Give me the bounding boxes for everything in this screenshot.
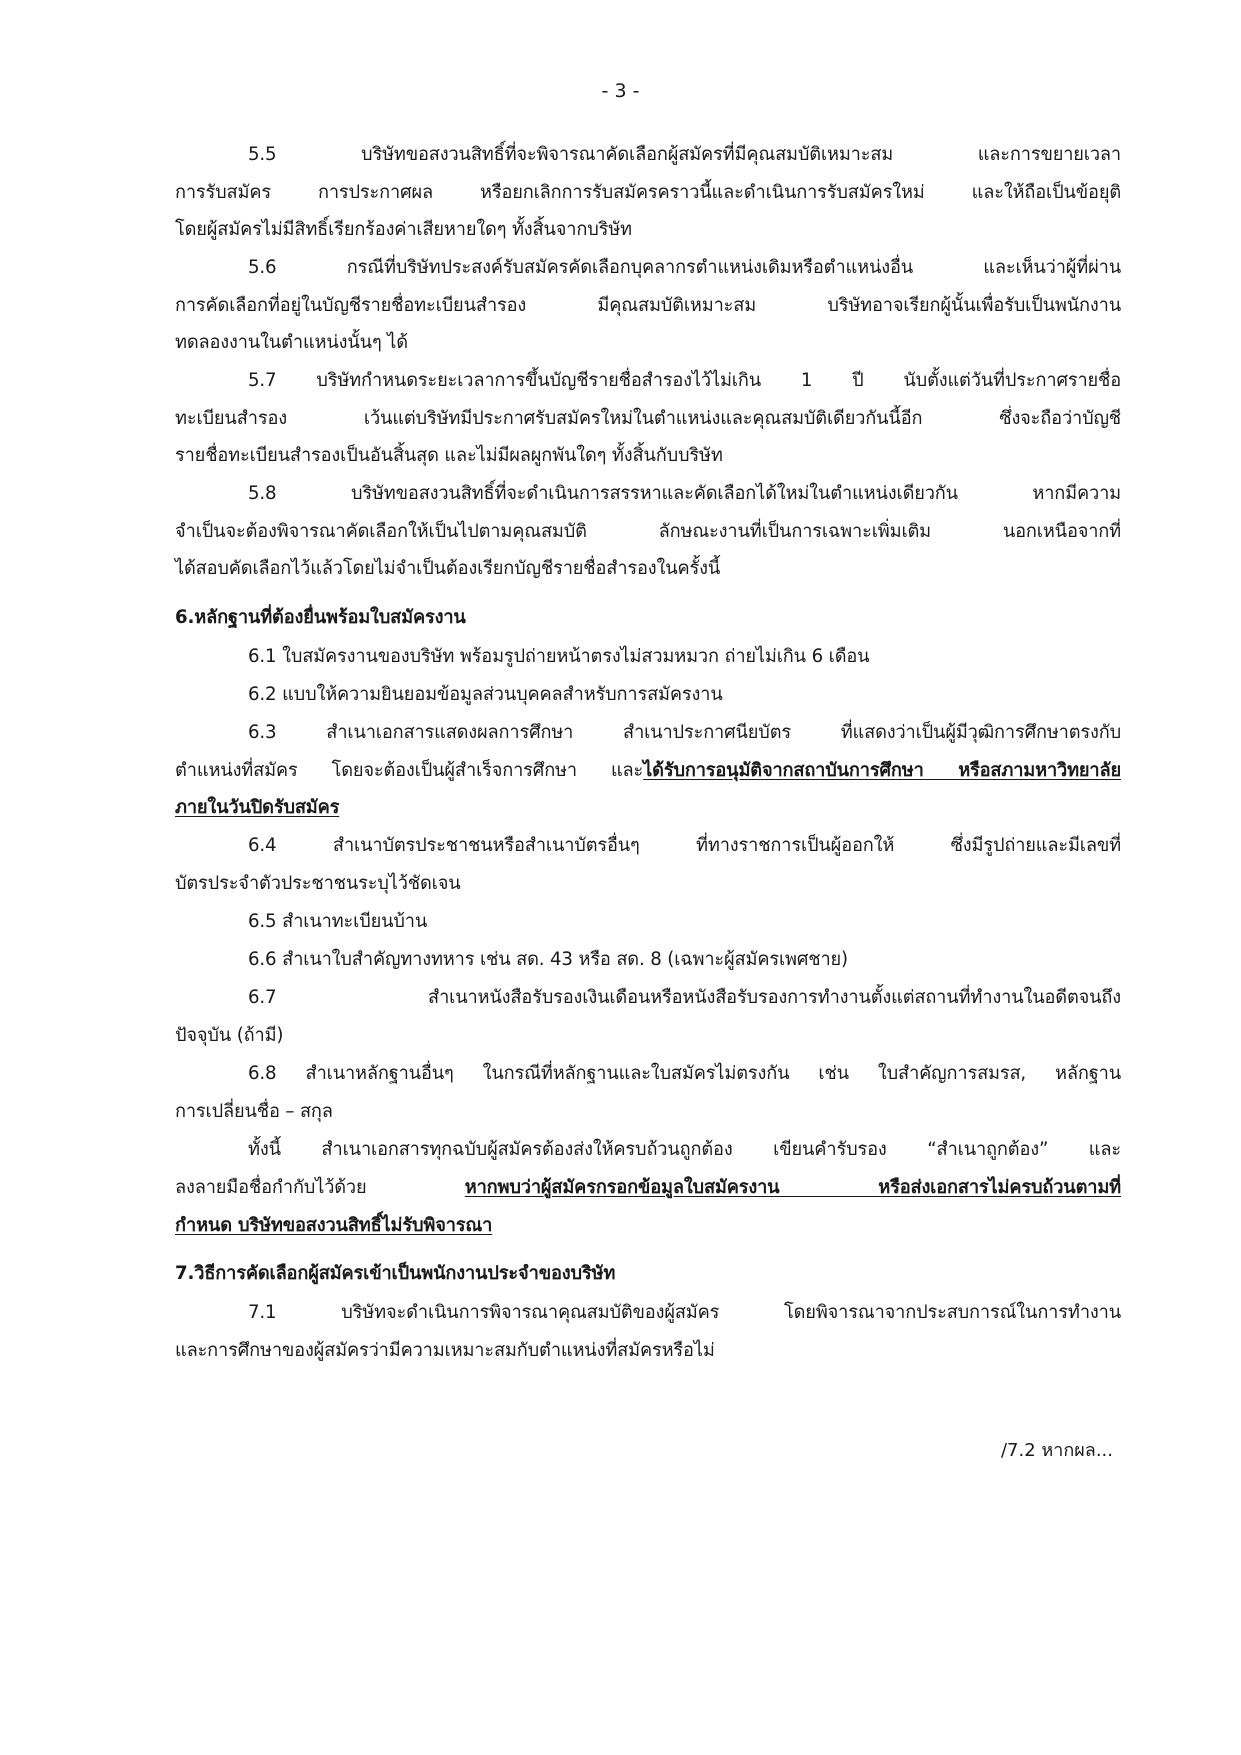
- clause-5-6-line-2: การคัดเลือกที่อยู่ในบัญชีรายชื่อทะเบียนส…: [175, 294, 1121, 318]
- clause-7-1-line-1: 7.1 บริษัทจะดำเนินการพิจารณาคุณสมบัติของ…: [248, 1301, 1121, 1325]
- clause-6-3-text: ตำแหน่งที่สมัคร โดยจะต้องเป็นผู้สำเร็จกา…: [175, 760, 643, 781]
- clause-6-5: 6.5 สำเนาทะเบียนบ้าน: [248, 910, 427, 934]
- clause-5-8-line-2: จำเป็นจะต้องพิจารณาคัดเลือกให้เป็นไปตามค…: [175, 520, 1121, 544]
- clause-5-6-line-1: 5.6 กรณีที่บริษัทประสงค์รับสมัครคัดเลือก…: [248, 256, 1121, 280]
- note-line-1: ทั้งนี้ สำเนาเอกสารทุกฉบับผู้สมัครต้องส่…: [248, 1138, 1121, 1162]
- clause-5-8-line-3: ได้สอบคัดเลือกไว้แล้วโดยไม่จำเป็นต้องเรี…: [175, 557, 720, 581]
- page-number: - 3 -: [0, 80, 1241, 102]
- continuation-marker: /7.2 หากผล...: [1001, 1435, 1113, 1464]
- clause-5-8-line-1: 5.8 บริษัทขอสงวนสิทธิ์ที่จะดำเนินการสรรห…: [248, 482, 1121, 506]
- section-7-heading: 7.วิธีการคัดเลือกผู้สมัครเข้าเป็นพนักงาน…: [175, 1262, 615, 1286]
- note-line-2: ลงลายมือชื่อกำกับไว้ด้วย หากพบว่าผู้สมัค…: [175, 1176, 1121, 1200]
- clause-6-8-line-1: 6.8 สำเนาหลักฐานอื่นๆ ในกรณีที่หลักฐานแล…: [248, 1062, 1121, 1086]
- clause-6-4-line-1: 6.4 สำเนาบัตรประชาชนหรือสำเนาบัตรอื่นๆ ท…: [248, 834, 1121, 858]
- note-text: ลงลายมือชื่อกำกับไว้ด้วย: [175, 1177, 465, 1198]
- section-6-heading: 6.หลักฐานที่ต้องยื่นพร้อมใบสมัครงาน: [175, 606, 466, 630]
- clause-6-3-line-1: 6.3 สำเนาเอกสารแสดงผลการศึกษา สำเนาประกา…: [248, 721, 1121, 745]
- clause-7-1-line-2: และการศึกษาของผู้สมัครว่ามีความเหมาะสมกั…: [175, 1339, 715, 1363]
- clause-6-3-emphasis: ได้รับการอนุมัติจากสถาบันการศึกษา หรือสภ…: [643, 760, 1121, 781]
- clause-6-3-line-2: ตำแหน่งที่สมัคร โดยจะต้องเป็นผู้สำเร็จกา…: [175, 759, 1121, 783]
- clause-5-7-line-2: ทะเบียนสำรอง เว้นแต่บริษัทมีประกาศรับสมั…: [175, 407, 1121, 431]
- clause-6-1: 6.1 ใบสมัครงานของบริษัท พร้อมรูปถ่ายหน้า…: [248, 645, 869, 669]
- clause-5-5-line-1: 5.5 บริษัทขอสงวนสิทธิ์ที่จะพิจารณาคัดเลื…: [248, 143, 1121, 167]
- clause-6-7-line-2: ปัจจุบัน (ถ้ามี): [175, 1024, 283, 1048]
- clause-5-6-line-3: ทดลองงานในตำแหน่งนั้นๆ ได้: [175, 331, 408, 355]
- clause-5-5-line-3: โดยผู้สมัครไม่มีสิทธิ์เรียกร้องค่าเสียหา…: [175, 218, 632, 242]
- clause-6-8-line-2: การเปลี่ยนชื่อ – สกุล: [175, 1100, 333, 1124]
- clause-6-2: 6.2 แบบให้ความยินยอมข้อมูลส่วนบุคคลสำหรั…: [248, 683, 723, 707]
- clause-5-7-line-3: รายชื่อทะเบียนสำรองเป็นอันสิ้นสุด และไม่…: [175, 444, 723, 468]
- clause-6-6: 6.6 สำเนาใบสำคัญทางทหาร เช่น สด. 43 หรือ…: [248, 948, 848, 972]
- note-line-3: กำหนด บริษัทขอสงวนสิทธิ์ไม่รับพิจารณา: [175, 1214, 492, 1238]
- clause-6-4-line-2: บัตรประจำตัวประชาชนระบุไว้ชัดเจน: [175, 872, 461, 896]
- clause-5-5-line-2: การรับสมัคร การประกาศผล หรือยกเลิกการรับ…: [175, 181, 1121, 205]
- clause-5-7-line-1: 5.7 บริษัทกำหนดระยะเวลาการขึ้นบัญชีรายชื…: [248, 369, 1121, 393]
- clause-6-7-line-1: 6.7 สำเนาหนังสือรับรองเงินเดือนหรือหนังส…: [248, 986, 1121, 1010]
- clause-6-3-line-3: ภายในวันปิดรับสมัคร: [175, 796, 339, 820]
- note-emphasis: หากพบว่าผู้สมัครกรอกข้อมูลใบสมัครงาน หรื…: [465, 1177, 1121, 1198]
